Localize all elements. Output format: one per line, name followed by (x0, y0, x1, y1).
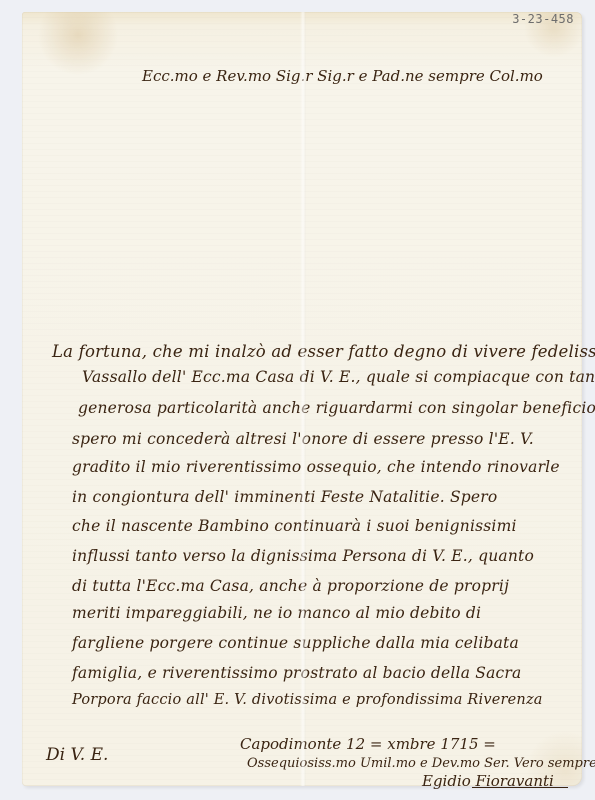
letter-page: 3-23-458 Ecc.mo e Rev.mo Sig.r Sig.r e P… (22, 12, 582, 786)
body-line: Vassallo dell' Ecc.ma Casa di V. E., qua… (82, 368, 595, 386)
archive-number: 3-23-458 (512, 12, 574, 26)
body-line: che il nascente Bambino continuarà i suo… (72, 517, 517, 535)
body-line: famiglia, e riverentissimo prostrato al … (72, 664, 521, 682)
body-line: meriti impareggiabili, ne io manco al mi… (72, 604, 481, 622)
body-line: spero mi concederà altresi l'onore di es… (72, 430, 534, 448)
body-line: Porpora faccio all' E. V. divotissima e … (72, 692, 543, 708)
body-line: in congiontura dell' imminenti Feste Nat… (72, 488, 497, 506)
body-line: influssi tanto verso la dignissima Perso… (72, 547, 534, 565)
signature-formula: Ossequiosiss.mo Umil.mo e Dev.mo Ser. Ve… (247, 756, 595, 771)
body-line: gradito il mio riverentissimo ossequio, … (72, 458, 560, 476)
signature-name: Egidio Fioravanti (422, 772, 554, 790)
body-line: generosa particolarità anche riguardarmi… (78, 399, 595, 417)
closing-formula: Di V. E. (46, 745, 108, 765)
place-and-date: Capodimonte 12 = xmbre 1715 = (240, 735, 496, 753)
salutation: Ecc.mo e Rev.mo Sig.r Sig.r e Pad.ne sem… (142, 67, 543, 85)
body-line: La fortuna, che mi inalzò ad esser fatto… (52, 342, 595, 361)
body-line: di tutta l'Ecc.ma Casa, anche à proporzi… (72, 577, 509, 595)
body-line: fargliene porgere continue suppliche dal… (72, 634, 519, 652)
